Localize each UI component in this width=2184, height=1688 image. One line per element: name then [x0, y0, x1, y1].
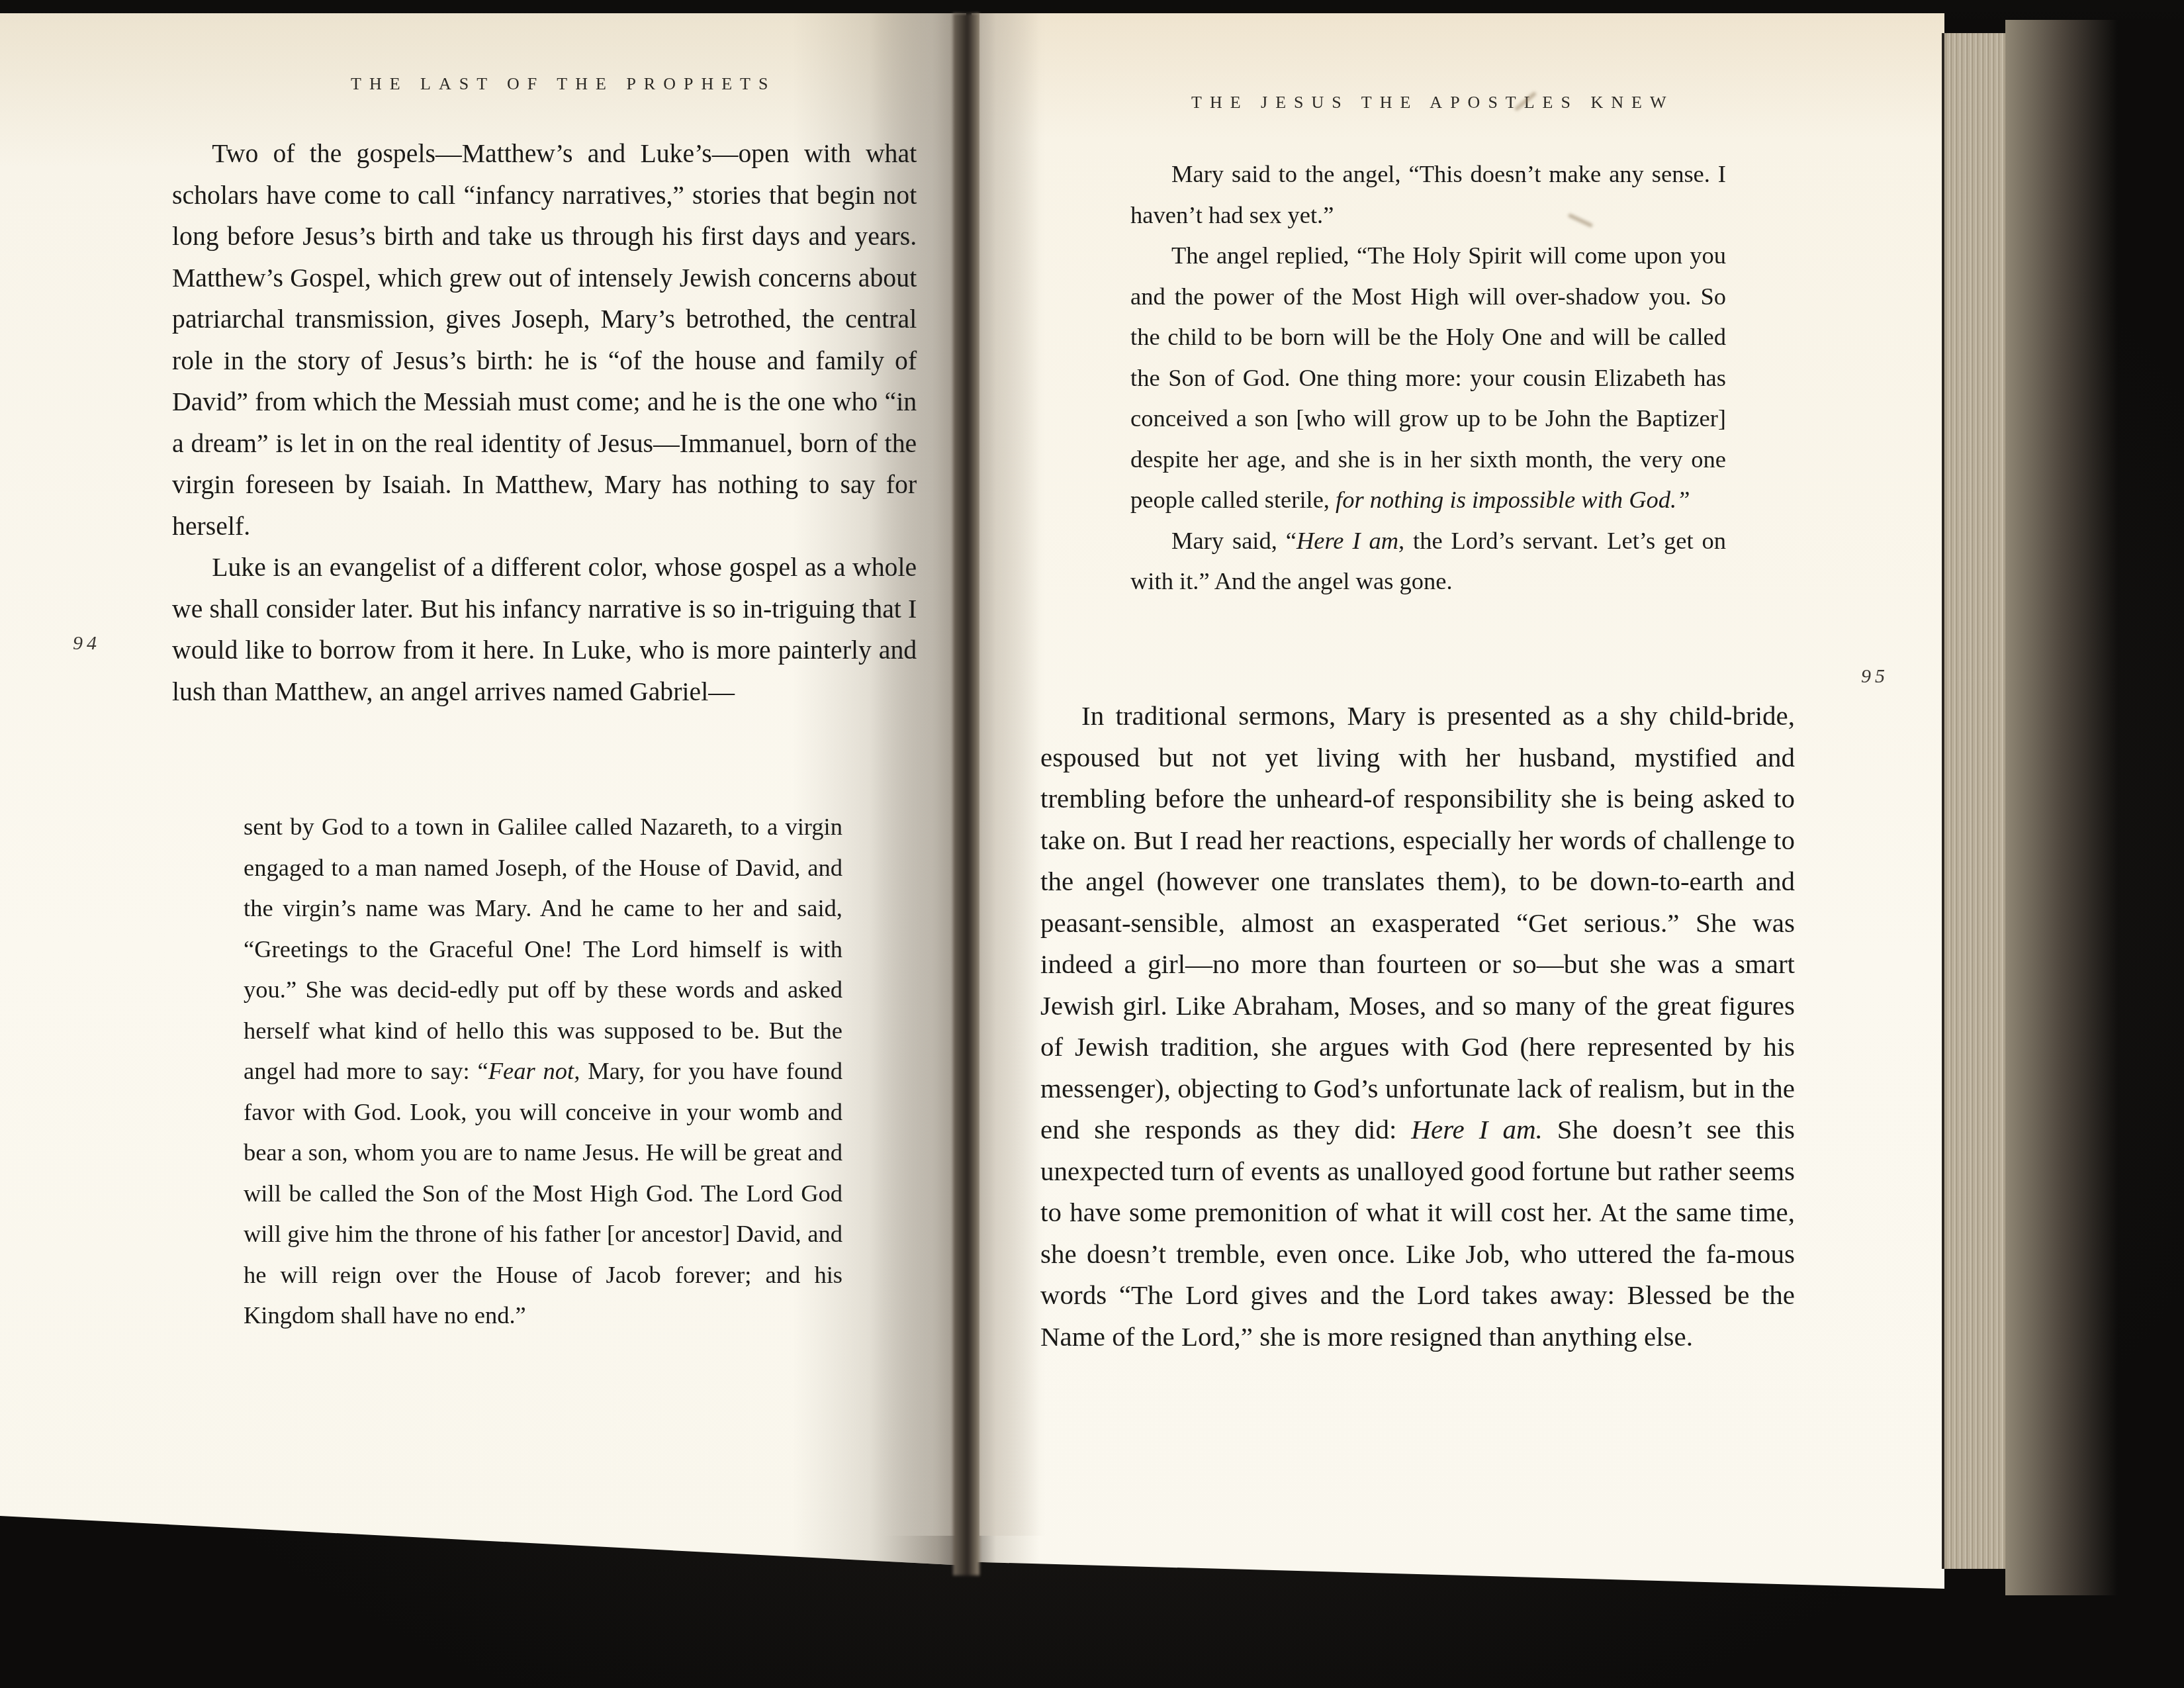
fore-edge-line — [1942, 33, 1944, 1569]
right-page-number: 95 — [1861, 665, 1889, 688]
right-body-text: In traditional sermons, Mary is presente… — [1040, 695, 1795, 1357]
left-block-quote: sent by God to a town in Galilee called … — [244, 806, 842, 1336]
block-quote-paragraph: Mary said, “Here I am, the Lord’s servan… — [1130, 520, 1726, 602]
book-scan: The Last of the Prophets 94 Two of the g… — [0, 0, 2184, 1688]
quote-italic-text: for nothing is impossible with God.” — [1336, 486, 1690, 513]
quote-text: Mary said, “ — [1171, 527, 1297, 554]
body-italic-text: Here I am. — [1411, 1114, 1543, 1145]
quote-italic-text: Fear not, — [488, 1057, 580, 1084]
body-text: In traditional sermons, Mary is presente… — [1040, 700, 1795, 1145]
block-quote-paragraph: sent by God to a town in Galilee called … — [244, 806, 842, 1336]
right-running-head: The Jesus the Apostles Knew — [1191, 93, 1674, 113]
paragraph: Two of the gospels—Matthew’s and Luke’s—… — [172, 132, 917, 546]
block-quote-paragraph: Mary said to the angel, “This doesn’t ma… — [1130, 154, 1726, 235]
book-gutter — [953, 13, 979, 1575]
block-quote-paragraph: The angel replied, “The Holy Spirit will… — [1130, 235, 1726, 520]
body-text: She doesn’t see this unexpected turn of … — [1040, 1114, 1795, 1352]
left-page-number: 94 — [73, 632, 101, 655]
left-running-head: The Last of the Prophets — [351, 74, 776, 94]
quote-text: The angel replied, “The Holy Spirit will… — [1130, 242, 1726, 513]
paragraph: In traditional sermons, Mary is presente… — [1040, 695, 1795, 1357]
open-book: The Last of the Prophets 94 Two of the g… — [0, 0, 2184, 1688]
quote-text: sent by God to a town in Galilee called … — [244, 813, 842, 1084]
right-block-quote: Mary said to the angel, “This doesn’t ma… — [1130, 154, 1726, 602]
quote-text: Mary, for you have found favor with God.… — [244, 1057, 842, 1329]
left-body-text: Two of the gospels—Matthew’s and Luke’s—… — [172, 132, 917, 712]
quote-italic-text: Here I am, — [1297, 527, 1404, 554]
page-stack-fore-edge — [1942, 33, 2005, 1569]
fore-edge-shadow — [2005, 20, 2118, 1595]
paragraph: Luke is an evangelist of a different col… — [172, 546, 917, 712]
